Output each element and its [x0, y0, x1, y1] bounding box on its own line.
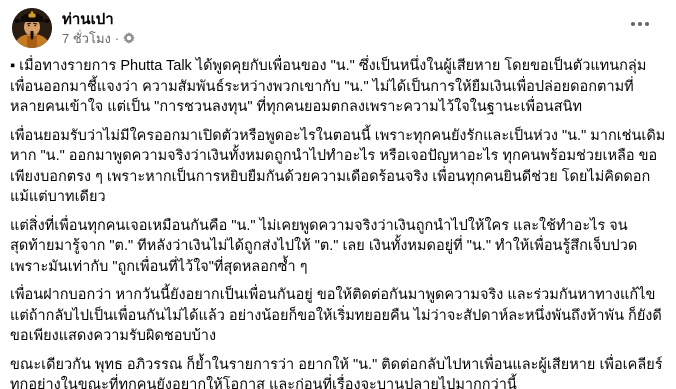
gear-icon [123, 32, 135, 44]
avatar-image [12, 8, 52, 48]
ellipsis-icon [645, 22, 649, 26]
post-paragraph: ▪ เมื่อทางรายการ Phutta Talk ได้พูดคุยกั… [10, 56, 666, 118]
facebook-post: ท่านเปา 7 ชั่วโมง · ▪ เมื่อทางรายการ Phu… [0, 0, 676, 389]
post-paragraph: ขณะเดียวกัน พุทธ อภิวรรณ ก็ย้ำในรายการว่… [10, 355, 666, 389]
post-header-text: ท่านเปา 7 ชั่วโมง · [62, 10, 660, 47]
post-paragraph: เพื่อนยอมรับว่าไม่มีใครออกมาเปิดตัวหรือพ… [10, 126, 666, 208]
ellipsis-icon [638, 22, 642, 26]
post-timestamp[interactable]: 7 ชั่วโมง [62, 30, 111, 47]
profile-avatar[interactable] [12, 8, 52, 48]
post-header: ท่านเปา 7 ชั่วโมง · [0, 0, 676, 52]
post-meta: 7 ชั่วโมง · [62, 30, 660, 47]
post-menu-button[interactable] [624, 12, 656, 36]
meta-separator: · [115, 30, 119, 47]
author-name[interactable]: ท่านเปา [62, 10, 660, 29]
post-body: ▪ เมื่อทางรายการ Phutta Talk ได้พูดคุยกั… [0, 52, 676, 389]
post-paragraph: แต่สิ่งที่เพื่อนทุกคนเจอเหมือนกันคือ "น.… [10, 216, 666, 278]
ellipsis-icon [631, 22, 635, 26]
post-paragraph: เพื่อนฝากบอกว่า หากวันนี้ยังอยากเป็นเพื่… [10, 285, 666, 347]
